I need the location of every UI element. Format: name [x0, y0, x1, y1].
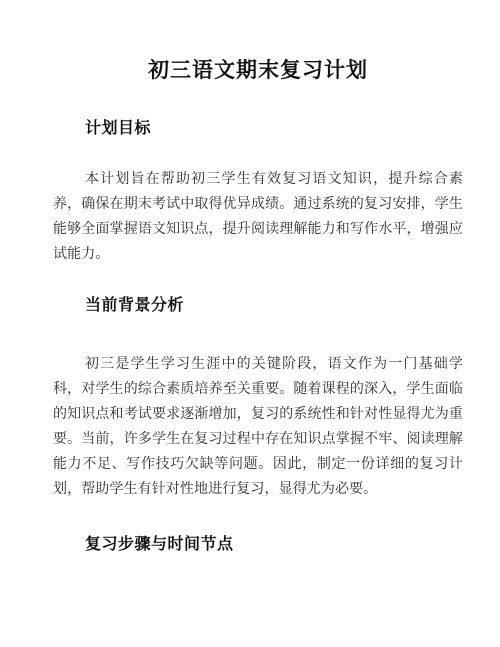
- body-paragraph: 初三是学生学习生涯中的关键阶段，语文作为一门基础学科，对学生的综合素质培养至关重…: [53, 352, 463, 502]
- section-plan-goals: 计划目标 本计划旨在帮助初三学生有效复习语文知识，提升综合素养，确保在期末考试中…: [53, 118, 463, 267]
- section-heading: 复习步骤与时间节点: [85, 534, 463, 556]
- section-heading: 当前背景分析: [85, 295, 463, 317]
- section-background-analysis: 当前背景分析 初三是学生学习生涯中的关键阶段，语文作为一门基础学科，对学生的综合…: [53, 295, 463, 502]
- body-paragraph: 本计划旨在帮助初三学生有效复习语文知识，提升综合素养，确保在期末考试中取得优异成…: [53, 167, 463, 267]
- section-heading: 计划目标: [85, 118, 463, 140]
- document-title: 初三语文期末复习计划: [53, 58, 463, 84]
- document-page: 初三语文期末复习计划 计划目标 本计划旨在帮助初三学生有效复习语文知识，提升综合…: [0, 0, 500, 647]
- section-review-steps: 复习步骤与时间节点: [53, 534, 463, 556]
